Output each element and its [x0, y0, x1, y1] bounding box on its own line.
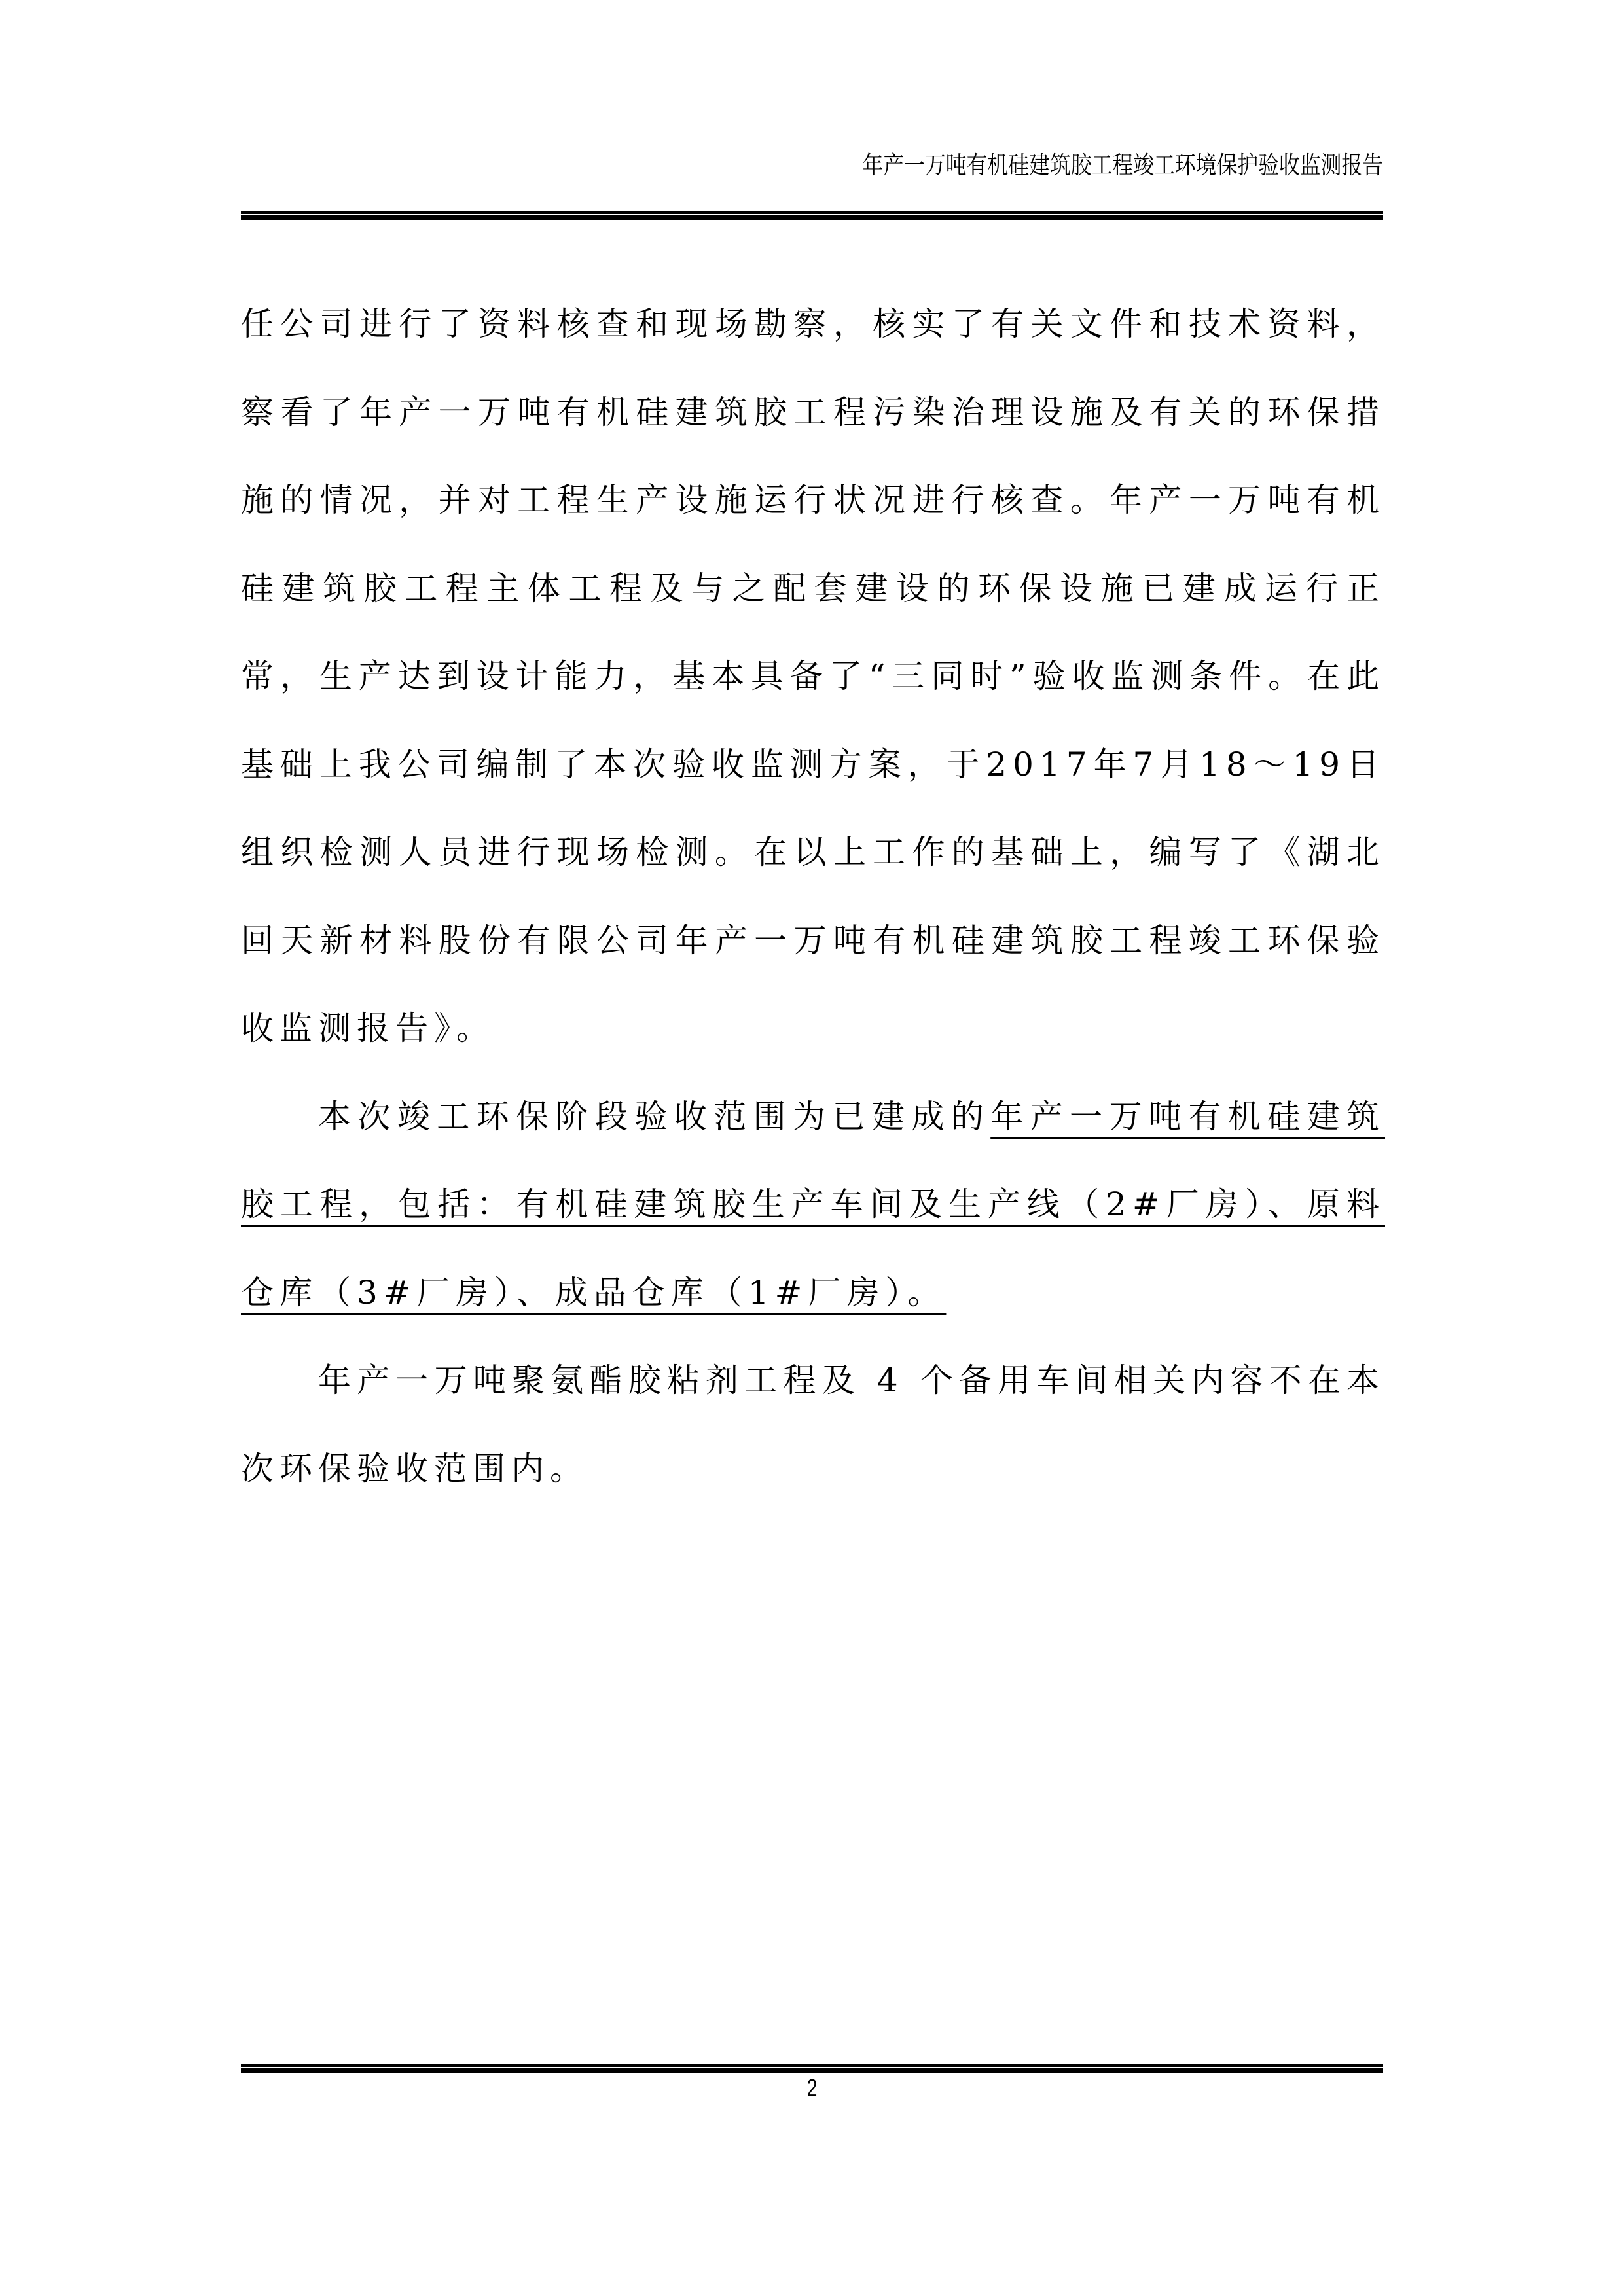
running-header-title: 年产一万吨有机硅建筑胶工程竣工环境保护验收监测报告: [863, 149, 1384, 182]
document-body: 任公司进行了资料核查和现场勘察，核实了有关文件和技术资料，察看了年产一万吨有机硅…: [241, 280, 1385, 1513]
page-number: 2: [203, 2072, 1421, 2105]
paragraph-acceptance-scope: 本次竣工环保阶段验收范围为已建成的年产一万吨有机硅建筑胶工程，包括：有机硅建筑胶…: [241, 1073, 1385, 1337]
paragraph-continued: 任公司进行了资料核查和现场勘察，核实了有关文件和技术资料，察看了年产一万吨有机硅…: [241, 280, 1385, 1073]
scope-lead-text: 本次竣工环保阶段验收范围为已建成的: [318, 1098, 990, 1136]
paragraph-exclusions: 年产一万吨聚氨酯胶粘剂工程及 4 个备用车间相关内容不在本次环保验收范围内。: [241, 1336, 1385, 1513]
header-rule-thin: [241, 211, 1383, 214]
footer-rule-thin: [241, 2064, 1383, 2067]
header-rule-thick: [241, 215, 1383, 220]
